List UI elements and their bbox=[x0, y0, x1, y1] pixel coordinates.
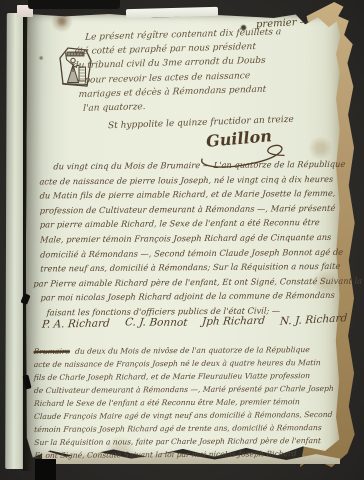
witness-signature: N. J. Richard bbox=[280, 312, 348, 328]
register-preamble: Le présent régître contenant dix feuille… bbox=[85, 25, 284, 116]
witness-signature: Jph Richard bbox=[202, 315, 266, 328]
dark-bar-top-left bbox=[28, 0, 120, 9]
scanned-register-page: premier — Le présent régître contenant d… bbox=[0, 0, 364, 480]
crossed-out-word: Brumaire bbox=[33, 347, 70, 356]
dark-bar-bottom-left bbox=[35, 459, 56, 480]
act2-line: Et ont Signé, Constaté Suivant la loi pa… bbox=[34, 447, 335, 462]
act2-first-line-text: du deux du Mois de nivôse de l'an quator… bbox=[75, 345, 310, 356]
birth-act-2: Brumairedu deux du Mois de nivôse de l'a… bbox=[34, 343, 335, 462]
birth-act-1: du vingt cinq du Mois de Brumaire — L'an… bbox=[39, 157, 364, 320]
witness-signature: P. A. Richard bbox=[41, 317, 110, 330]
witness-signature: C. J. Bonnot bbox=[124, 316, 188, 329]
